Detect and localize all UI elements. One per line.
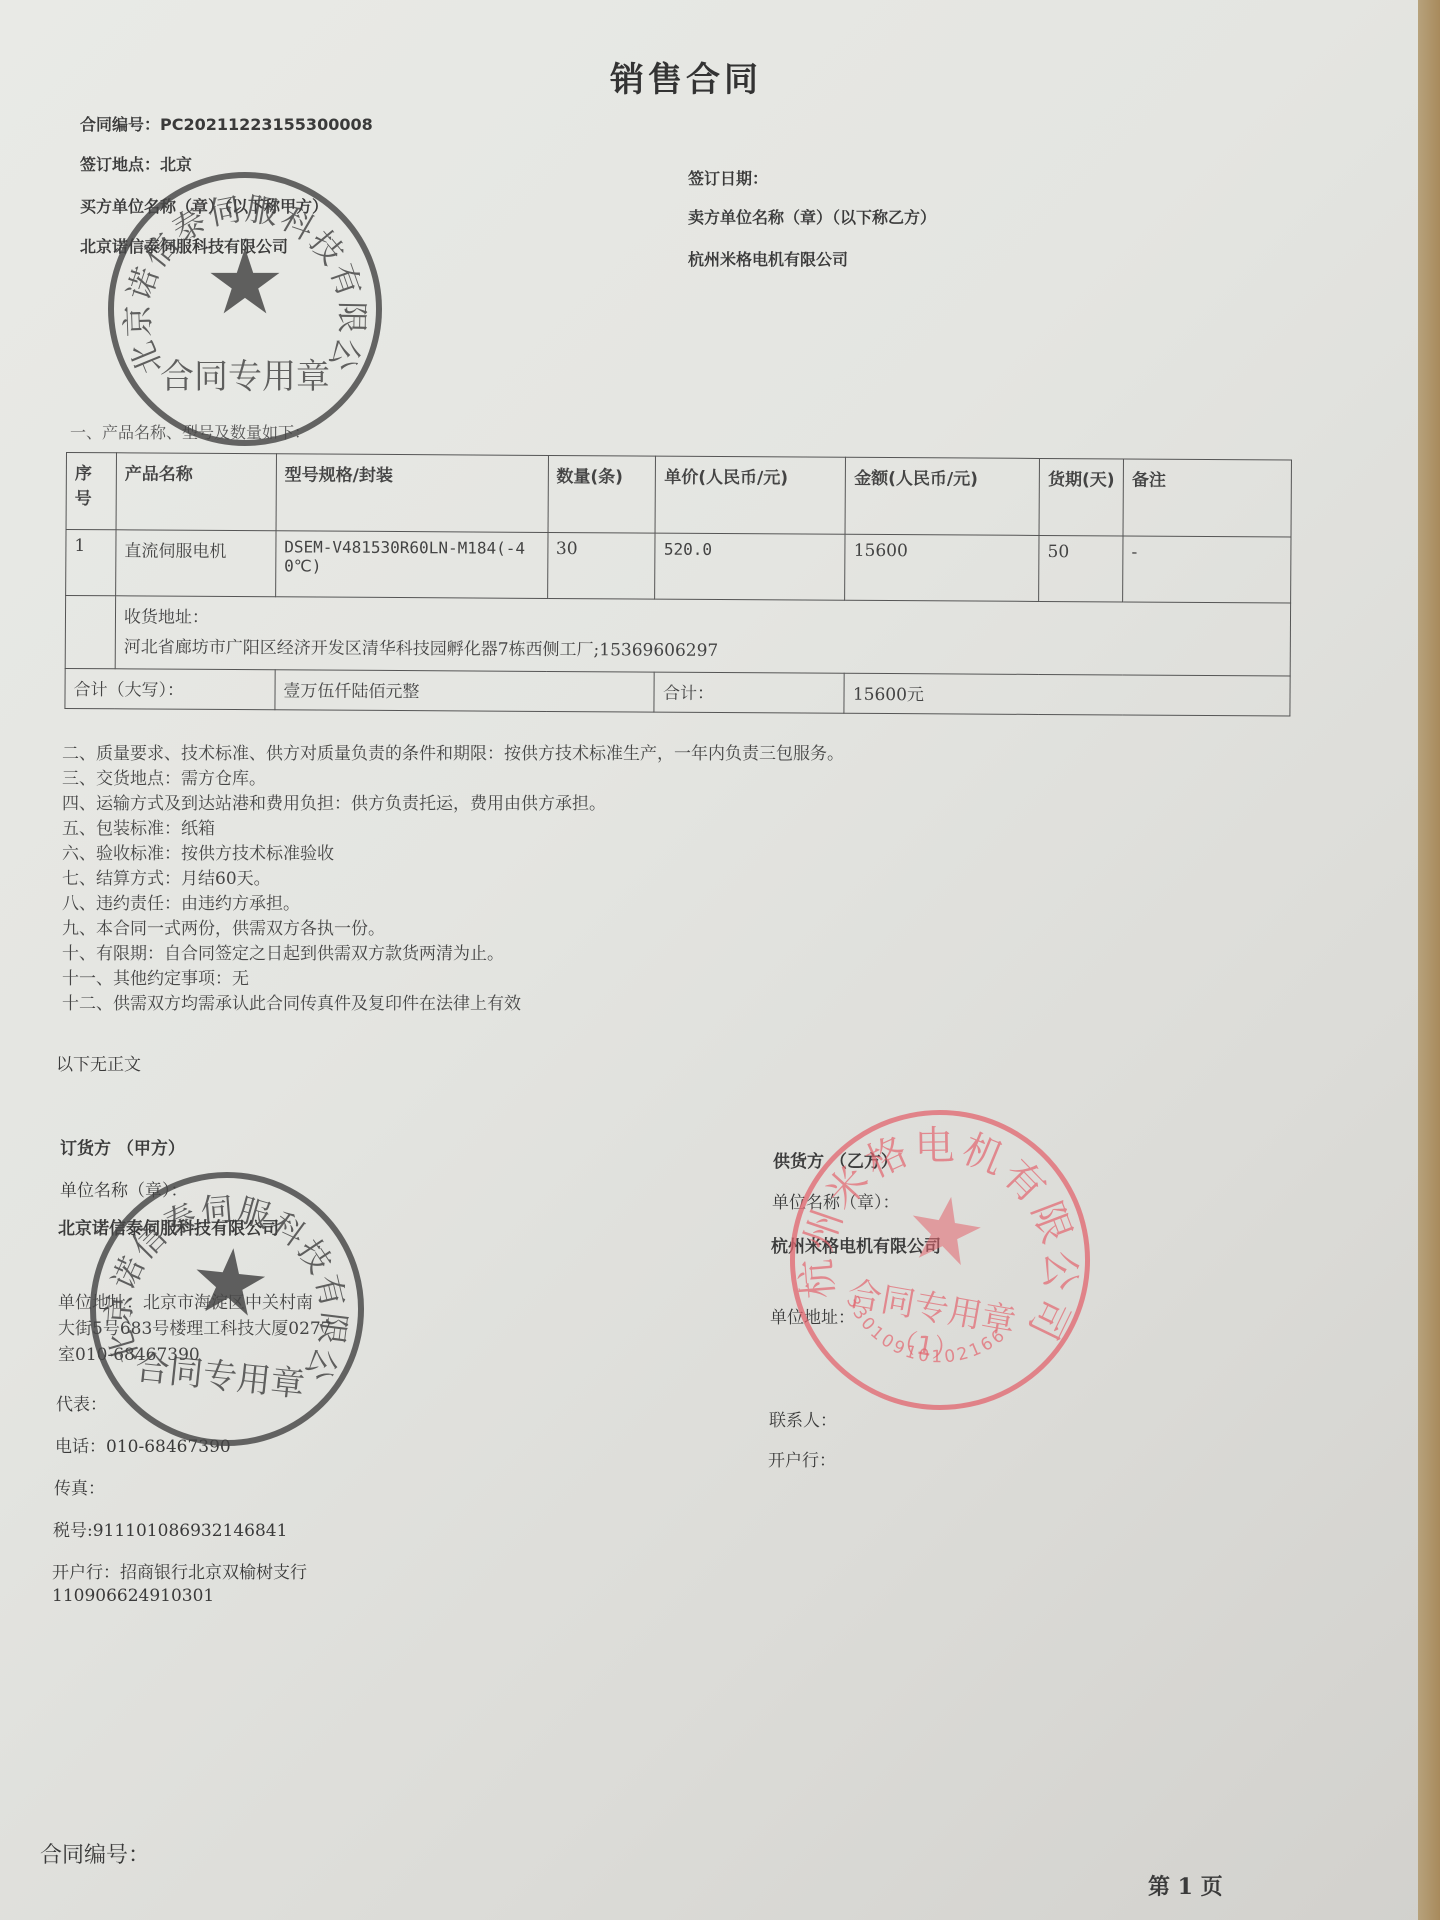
term-item: 三、交货地点：需方仓库。: [62, 767, 844, 792]
seller-name: 杭州米格电机有限公司: [688, 247, 848, 270]
seal-ring-text: 北京诺信泰伺服科技有限公司: [114, 178, 376, 440]
buyer-name: 北京诺信泰伺服科技有限公司: [80, 234, 288, 257]
party-b-unit-name: 杭州米格电机有限公司: [771, 1232, 941, 1257]
party-a-address: 单位地址：北京市海淀区中关村南 大街5号683号楼理工科技大厦0277 室010…: [58, 1290, 332, 1368]
col-header: 备注: [1123, 459, 1291, 537]
terms-list: 二、质量要求、技术标准、供方对质量负责的条件和期限：按供方技术标准生产，一年内负…: [62, 742, 844, 1017]
party-a-phone: 电话：010-68467390: [55, 1432, 231, 1457]
party-a-representative: 代表：: [56, 1390, 107, 1415]
seal-center-text: 合同专用章: [114, 349, 376, 398]
term-item: 十、有限期：自合同签定之日起到供需双方款货两清为止。: [62, 942, 844, 967]
party-b-heading: 供货方 （乙方）: [773, 1147, 898, 1172]
term-item: 四、运输方式及到达站港和费用负担：供方负责托运，费用由供方承担。: [62, 792, 844, 817]
cell-amount: 15600: [845, 534, 1039, 601]
document-title: 销售合同: [610, 52, 762, 101]
term-item: 二、质量要求、技术标准、供方对质量负责的条件和期限：按供方技术标准生产，一年内负…: [62, 742, 844, 767]
term-item: 五、包装标准：纸箱: [62, 817, 844, 842]
party-b-contact: 联系人：: [769, 1406, 837, 1431]
desk-edge: [1418, 0, 1440, 1920]
cell-model: DSEM-V481530R60LN-M184(-40℃): [275, 531, 547, 599]
buyer-label: 买方单位名称（章）（以下称甲方）: [80, 194, 328, 217]
term-item: 八、违约责任：由违约方承担。: [62, 892, 844, 917]
total-value: 15600元: [844, 673, 1290, 716]
col-header: 型号规格/封装: [276, 454, 548, 533]
col-header: 金额(人民币/元): [845, 457, 1039, 535]
contract-number: 合同编号：PC20211223155300008: [80, 112, 373, 135]
party-a-unit-label: 单位名称（章）：: [60, 1176, 188, 1201]
col-header: 单价(人民币/元): [655, 456, 845, 534]
term-item: 九、本合同一式两份，供需双方各执一份。: [62, 917, 844, 942]
party-b-bank: 开户行：: [768, 1446, 836, 1471]
sign-place: 签订地点：北京: [80, 152, 192, 175]
total-upper-value: 壹万伍仟陆佰元整: [275, 670, 655, 712]
col-header: 产品名称: [116, 453, 276, 531]
col-header: 货期(天): [1039, 458, 1123, 536]
svg-text:北京诺信泰伺服科技有限公司: 北京诺信泰伺服科技有限公司: [97, 148, 371, 380]
party-a-heading: 订货方 （甲方）: [60, 1134, 185, 1159]
party-a-tax-no: 税号:911101086932146841: [53, 1516, 287, 1541]
party-a-bank: 开户行：招商银行北京双榆树支行: [52, 1558, 307, 1583]
term-item: 七、结算方式：月结60天。: [62, 867, 844, 892]
cell-name: 直流伺服电机: [116, 530, 276, 597]
party-a-fax: 传真：: [54, 1474, 105, 1499]
section-1-title: 一、产品名称、型号及数量如下：: [70, 420, 310, 443]
page-number: 第 1 页: [1148, 1870, 1223, 1901]
party-a-account: 110906624910301: [52, 1586, 214, 1606]
party-a-unit-name: 北京诺信泰伺服科技有限公司: [58, 1214, 279, 1239]
sign-date: 签订日期：: [688, 166, 768, 189]
term-item: 六、验收标准：按供方技术标准验收: [62, 842, 844, 867]
seal-ring-text: 杭州米格电机有限公司 3301091010216​6: [772, 1092, 1108, 1428]
total-row: 合计（大写）： 壹万伍仟陆佰元整 合计： 15600元: [65, 668, 1290, 715]
delivery-address: 河北省廊坊市广阳区经济开发区清华科技园孵化器7栋西侧工厂;15369606297: [124, 632, 1282, 669]
party-b-unit-label: 单位名称（章）：: [772, 1188, 900, 1213]
col-header: 序号: [66, 453, 116, 530]
delivery-row: 收货地址： 河北省廊坊市广阳区经济开发区清华科技园孵化器7栋西侧工厂;15369…: [65, 596, 1290, 676]
seller-seal: 杭州米格电机有限公司 3301091010216​6 ★ 合同专用章 （1）: [766, 1086, 1114, 1434]
col-header: 数量(条): [548, 455, 656, 533]
seller-label: 卖方单位名称（章）（以下称乙方）: [688, 205, 936, 228]
total-upper-label: 合计（大写）：: [65, 668, 275, 709]
cell-unit-price: 520.0: [655, 533, 845, 600]
total-label: 合计：: [654, 672, 844, 713]
end-note: 以下无正文: [56, 1050, 141, 1075]
footer-contract-no: 合同编号：: [40, 1838, 150, 1869]
product-table: 序号 产品名称 型号规格/封装 数量(条) 单价(人民币/元) 金额(人民币/元…: [64, 452, 1292, 716]
cell-no: 1: [66, 530, 116, 596]
svg-text:3301091010216​6: 3301091010216​6: [833, 1290, 1014, 1380]
party-b-address: 单位地址：: [770, 1303, 855, 1328]
delivery-cell: 收货地址： 河北省廊坊市广阳区经济开发区清华科技园孵化器7栋西侧工厂;15369…: [115, 596, 1290, 676]
table-row: 1 直流伺服电机 DSEM-V481530R60LN-M184(-40℃) 30…: [66, 530, 1291, 603]
cell-qty: 30: [547, 532, 655, 599]
table-header-row: 序号 产品名称 型号规格/封装 数量(条) 单价(人民币/元) 金额(人民币/元…: [66, 453, 1291, 537]
cell-note: -: [1123, 536, 1291, 603]
term-item: 十二、供需双方均需承认此合同传真件及复印件在法律上有效: [62, 992, 844, 1017]
cell-lead-days: 50: [1039, 535, 1123, 602]
term-item: 十一、其他约定事项：无: [62, 967, 844, 992]
